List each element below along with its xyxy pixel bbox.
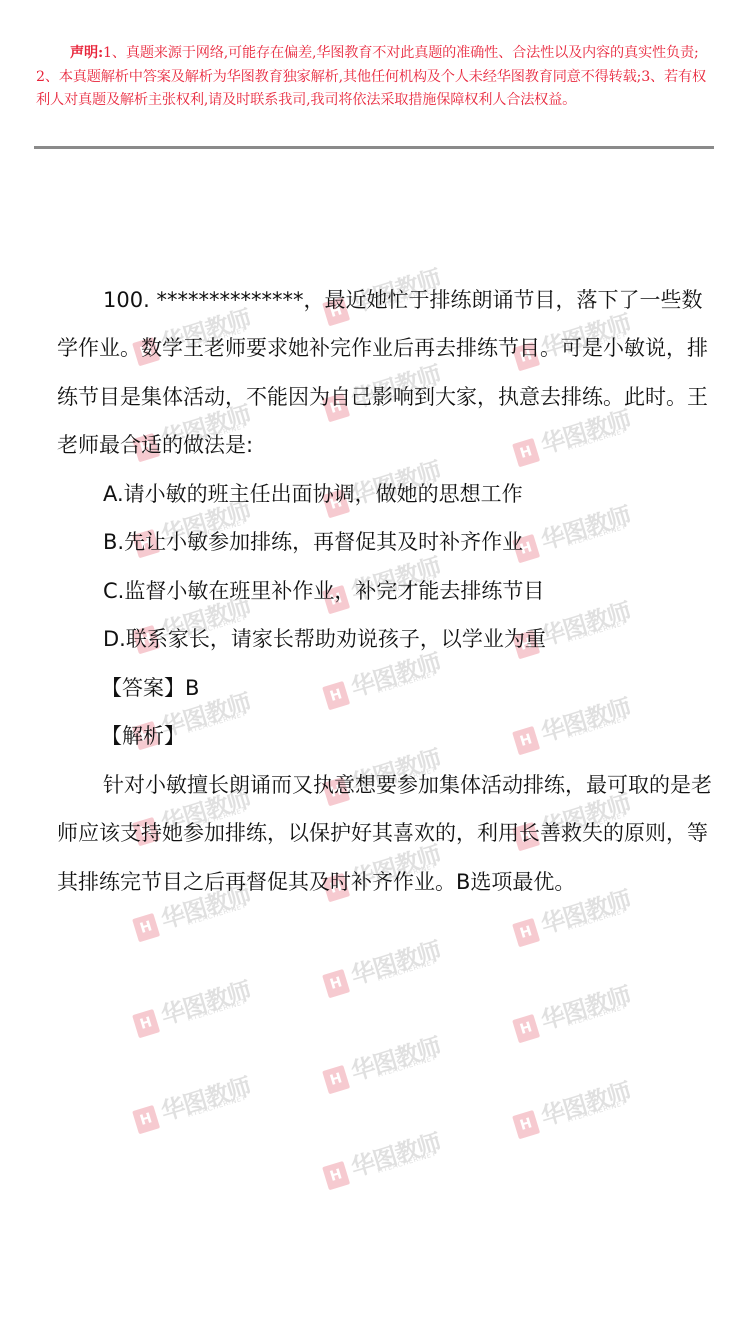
watermark-brand-en: HTEACHER.NET	[566, 907, 627, 933]
watermark-brand-en: HTEACHER.NET	[376, 1054, 437, 1080]
watermark-brand-cn: 华图教师	[346, 1027, 444, 1087]
watermark-tile: H华图教师HTEACHER.NET	[508, 972, 637, 1055]
watermark-tile: H华图教师HTEACHER.NET	[128, 967, 257, 1050]
option-b: B.先让小敏参加排练，再督促其及时补齐作业	[57, 518, 717, 567]
watermark-logo-icon: H	[322, 1065, 350, 1094]
watermark-tile: H华图教师HTEACHER.NET	[318, 1023, 447, 1106]
disclaimer-text: 1、真题来源于网络,可能存在偏差,华图教育不对此真题的准确性、合法性以及内容的真…	[36, 45, 706, 108]
answer-label: 【答案】	[101, 676, 185, 700]
watermark-brand-en: HTEACHER.NET	[376, 1150, 437, 1176]
answer-line: 【答案】B	[57, 664, 717, 713]
option-a: A.请小敏的班主任出面协调，做她的思想工作	[57, 470, 717, 519]
watermark-tile: H华图教师HTEACHER.NET	[318, 1119, 447, 1202]
watermark-brand-cn: 华图教师	[156, 971, 254, 1031]
watermark-brand-en: HTEACHER.NET	[566, 1099, 627, 1125]
question-stem-text: ，最近她忙于排练朗诵节目，落下了一些数学作业。数学王老师要求她补完作业后再去排练…	[57, 288, 708, 458]
header-divider	[34, 146, 714, 149]
watermark-logo-icon: H	[132, 913, 160, 942]
watermark-tile: H华图教师HTEACHER.NET	[318, 927, 447, 1010]
watermark-logo-icon: H	[322, 1161, 350, 1190]
watermark-tile: H华图教师HTEACHER.NET	[508, 1068, 637, 1151]
watermark-logo-icon: H	[132, 1009, 160, 1038]
option-d: D.联系家长，请家长帮助劝说孩子，以学业为重	[57, 615, 717, 664]
watermark-brand-cn: 华图教师	[536, 976, 634, 1036]
analysis-label: 【解析】	[57, 712, 717, 761]
watermark-brand-en: HTEACHER.NET	[376, 958, 437, 984]
question-number: 100.	[103, 288, 150, 312]
watermark-brand-en: HTEACHER.NET	[186, 1094, 247, 1120]
watermark-brand-cn: 华图教师	[346, 1123, 444, 1183]
watermark-logo-icon: H	[322, 969, 350, 998]
watermark-brand-en: HTEACHER.NET	[566, 1003, 627, 1029]
question-content: 100. **************，最近她忙于排练朗诵节目，落下了一些数学作…	[57, 276, 717, 907]
watermark-brand-en: HTEACHER.NET	[186, 998, 247, 1024]
question-stem: 100. **************，最近她忙于排练朗诵节目，落下了一些数学作…	[57, 276, 717, 470]
analysis-text: 针对小敏擅长朗诵而又执意想要参加集体活动排练，最可取的是老师应该支持她参加排练，…	[57, 761, 717, 907]
question-masked-name: **************	[156, 288, 303, 312]
watermark-brand-cn: 华图教师	[536, 1072, 634, 1132]
watermark-logo-icon: H	[512, 1014, 540, 1043]
watermark-logo-icon: H	[512, 918, 540, 947]
disclaimer: 声明:1、真题来源于网络,可能存在偏差,华图教育不对此真题的准确性、合法性以及内…	[36, 42, 716, 113]
disclaimer-label: 声明:	[70, 45, 103, 61]
watermark-brand-cn: 华图教师	[346, 931, 444, 991]
watermark-logo-icon: H	[132, 1105, 160, 1134]
answer-value: B	[185, 676, 199, 700]
option-c: C.监督小敏在班里补作业，补完才能去排练节目	[57, 567, 717, 616]
watermark-logo-icon: H	[512, 1110, 540, 1139]
watermark-brand-cn: 华图教师	[156, 1067, 254, 1127]
watermark-tile: H华图教师HTEACHER.NET	[128, 1063, 257, 1146]
